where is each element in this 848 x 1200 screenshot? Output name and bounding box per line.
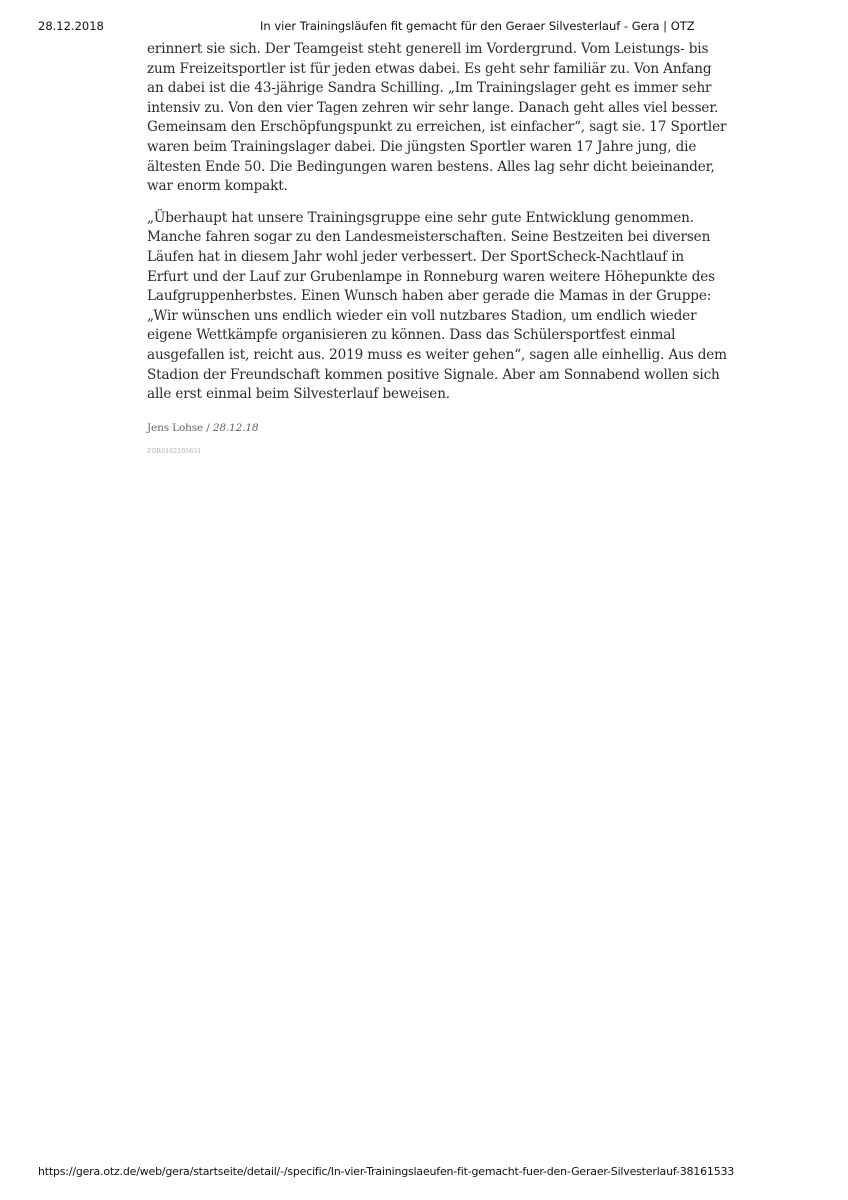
page-title: In vier Trainingsläufen fit gemacht für … xyxy=(260,19,695,33)
byline: Jens Lohse / 28.12.18 xyxy=(147,419,727,439)
article-id: ZOR0102105631 xyxy=(147,442,727,462)
byline-separator: / xyxy=(203,422,213,434)
print-header: 28.12.2018 In vier Trainingsläufen fit g… xyxy=(0,17,848,37)
print-footer-url: https://gera.otz.de/web/gera/startseite/… xyxy=(38,1165,734,1178)
article-paragraph: „Überhaupt hat unsere Trainingsgruppe ei… xyxy=(147,209,727,405)
publish-date: 28.12.18 xyxy=(213,422,259,434)
article-body: erinnert sie sich. Der Teamgeist steht g… xyxy=(147,40,727,462)
print-date: 28.12.2018 xyxy=(38,19,104,33)
author-name: Jens Lohse xyxy=(147,422,203,434)
article-paragraph: erinnert sie sich. Der Teamgeist steht g… xyxy=(147,40,727,197)
